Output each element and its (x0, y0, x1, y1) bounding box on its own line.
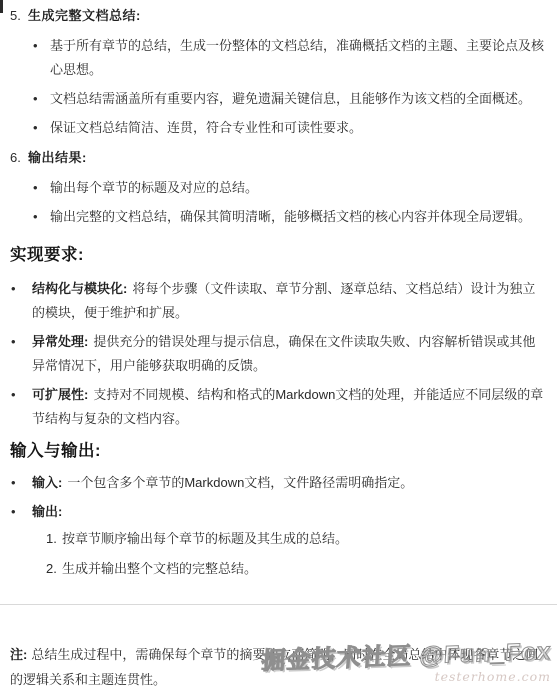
numbered-item-6: 6. 输出结果: 输出每个章节的标题及对应的总结。 输出完整的文档总结，确保其简… (10, 148, 547, 229)
section-heading-input-output: 输入与输出: (10, 440, 547, 462)
list-item: 2. 生成并输出整个文档的完整总结。 (32, 557, 547, 581)
list-item: 基于所有章节的总结，生成一份整体的文档总结，准确概括文档的主题、主要论点及核心思… (10, 34, 547, 82)
document-body: 5. 生成完整文档总结: 基于所有章节的总结，生成一份整体的文档总结，准确概括文… (0, 0, 557, 690)
item-number: 1. (46, 527, 62, 551)
bullet-text: 一个包含多个章节的Markdown文档，文件路径需明确指定。 (67, 475, 413, 490)
item-number: 6. (10, 148, 28, 168)
list-item: 保证文档总结简洁、连贯，符合专业性和可读性要求。 (10, 116, 547, 140)
item-6-bullet-list: 输出每个章节的标题及对应的总结。 输出完整的文档总结，确保其简明清晰，能够概括文… (10, 176, 547, 229)
item-title: 输出结果: (28, 148, 87, 168)
section-heading-implementation-requirements: 实现要求: (10, 244, 547, 266)
bullet-text: 提供充分的错误处理与提示信息，确保在文件读取失败、内容解析错误或其他异常情况下，… (32, 334, 535, 373)
bullet-text: 支持对不同规模、结构和格式的Markdown文档的处理，并能适应不同层级的章节结… (32, 387, 543, 426)
horizontal-divider (0, 604, 557, 605)
item-text: 生成并输出整个文档的完整总结。 (62, 557, 257, 581)
list-item: 文档总结需涵盖所有重要内容，避免遗漏关键信息，且能够作为该文档的全面概述。 (10, 87, 547, 111)
io-bullet-list: 输入:一个包含多个章节的Markdown文档，文件路径需明确指定。 输出: 1.… (10, 471, 547, 581)
implementation-bullet-list: 结构化与模块化:将每个步骤（文件读取、章节分割、逐章总结、文档总结）设计为独立的… (10, 277, 547, 431)
numbered-item-5-heading: 5. 生成完整文档总结: (10, 6, 547, 26)
item-number: 5. (10, 6, 28, 26)
item-number: 2. (46, 557, 62, 581)
list-item: 1. 按章节顺序输出每个章节的标题及其生成的总结。 (32, 527, 547, 551)
list-item-output: 输出: 1. 按章节顺序输出每个章节的标题及其生成的总结。 2. 生成并输出整个… (10, 500, 547, 581)
numbered-item-5: 5. 生成完整文档总结: 基于所有章节的总结，生成一份整体的文档总结，准确概括文… (10, 6, 547, 140)
numbered-item-6-heading: 6. 输出结果: (10, 148, 547, 168)
footnote: 注:总结生成过程中，需确保每个章节的摘要独立而简明，同时在全局总结中体现各章节之… (10, 642, 547, 690)
bullet-label: 异常处理: (32, 334, 88, 349)
footnote-label: 注: (10, 647, 27, 662)
list-item: 输出完整的文档总结，确保其简明清晰，能够概括文档的核心内容并体现全局逻辑。 (10, 205, 547, 229)
footnote-text: 总结生成过程中，需确保每个章节的摘要独立而简明，同时在全局总结中体现各章节之间的… (10, 647, 538, 687)
bullet-label: 输入: (32, 475, 62, 490)
bullet-label: 可扩展性: (32, 387, 88, 402)
item-text: 按章节顺序输出每个章节的标题及其生成的总结。 (62, 527, 348, 551)
list-item: 结构化与模块化:将每个步骤（文件读取、章节分割、逐章总结、文档总结）设计为独立的… (10, 277, 547, 325)
item-title: 生成完整文档总结: (28, 6, 141, 26)
bullet-label: 输出: (32, 504, 62, 519)
item-5-bullet-list: 基于所有章节的总结，生成一份整体的文档总结，准确概括文档的主题、主要论点及核心思… (10, 34, 547, 140)
bullet-label: 结构化与模块化: (32, 281, 127, 296)
list-item: 输出每个章节的标题及对应的总结。 (10, 176, 547, 200)
list-item-input: 输入:一个包含多个章节的Markdown文档，文件路径需明确指定。 (10, 471, 547, 495)
list-item: 可扩展性:支持对不同规模、结构和格式的Markdown文档的处理，并能适应不同层… (10, 383, 547, 431)
output-numbered-list: 1. 按章节顺序输出每个章节的标题及其生成的总结。 2. 生成并输出整个文档的完… (32, 527, 547, 581)
list-item: 异常处理:提供充分的错误处理与提示信息，确保在文件读取失败、内容解析错误或其他异… (10, 330, 547, 378)
